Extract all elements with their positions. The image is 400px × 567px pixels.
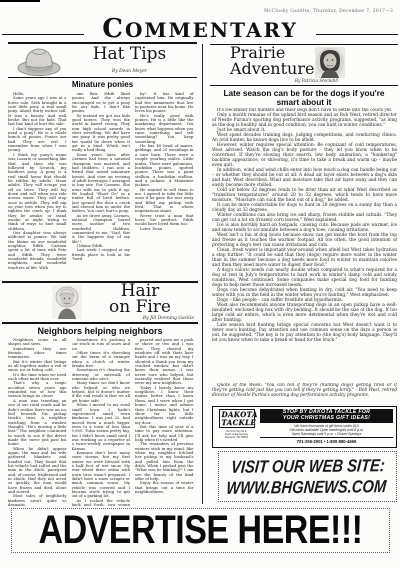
cowboy-hat-photo — [16, 45, 62, 77]
hair-on-fire-title: Hair on Fire — [85, 283, 195, 315]
horizontal-rule — [8, 77, 197, 78]
advertise-here-text: ADVERTISE HERE!!! — [39, 507, 363, 553]
dakota-tackle-logo: DAKOTA TACKLE — [219, 409, 255, 428]
logo-line2: TACKLE — [222, 419, 252, 427]
hair-on-fire-column-3: peared and gave me a push or shove or tw… — [135, 338, 194, 506]
website-ad[interactable]: VISIT OUR WEB SITE: WWW.BHGNEWS.COM — [218, 451, 397, 502]
hair-on-fire-title-line2: on Fire — [109, 297, 171, 317]
hat-tips-subhead: Minature ponies — [8, 80, 197, 89]
hat-tips-column-3: by". It has kind of captivated him. He o… — [135, 92, 194, 278]
newspaper-page: McClusky Gazette, Thursday, December 7, … — [0, 0, 400, 567]
jill-denning-gackle-photo — [52, 285, 82, 319]
horizontal-rule — [2, 34, 84, 35]
prairie-body: It's December but hunters and their dogs… — [212, 108, 397, 381]
hair-on-fire-column-1: Neighbors come in all shapes and sizes.S… — [8, 338, 67, 506]
dakota-tackle-logo-block: DAKOTA TACKLE 3rd St & Hwy 83 S.South of… — [213, 407, 259, 447]
section-title: COMMENTARY — [0, 14, 400, 44]
hair-on-fire-subhead: Neighbors helping neighbors — [4, 326, 196, 336]
dakota-tackle-details: We have thousands of gift items under $1… — [260, 424, 393, 436]
scan-edge-artifact — [0, 0, 40, 2]
hat-tips-byline: By Dean Meyer — [62, 69, 197, 74]
horizontal-rule — [2, 322, 198, 324]
hat-tips-column-2: one flaw. Edith liked ponies. And she al… — [72, 92, 131, 278]
prairie-quote-of-week: Quote of the Week: "You can tell if they… — [212, 383, 397, 404]
horizontal-rule — [316, 34, 398, 35]
hair-on-fire-byline: By Jill Denning Gackle — [60, 316, 194, 321]
advertise-here-ad[interactable]: ADVERTISE HERE!!! — [11, 508, 390, 553]
website-ad-url: WWW.BHGNEWS.COM — [226, 476, 388, 499]
website-ad-line1: VISIT OUR WEB SITE: — [228, 455, 390, 478]
dakota-tackle-ad[interactable]: DAKOTA TACKLE 3rd St & Hwy 83 S.South of… — [212, 406, 397, 448]
horizontal-rule — [210, 85, 398, 86]
dakota-tackle-address: 3rd St & Hwy 83 S.South of ExpresswayBis… — [217, 430, 257, 439]
dakota-tackle-phone: 701-255-2001 • 1-800-880-4665 — [260, 437, 393, 444]
hair-on-fire-column-2: Sometimes it's pushing a car stuck in ru… — [72, 338, 131, 506]
prairie-title-line2: Adventures — [230, 59, 323, 78]
prairie-headline: Late season can be for the dogs if you'r… — [222, 89, 386, 107]
column-divider-rule — [202, 44, 203, 504]
prairie-byline: By Patricia Stockdill — [226, 78, 338, 83]
dakota-tackle-banner: STOP BY DAKOTA TACKLE FOR YOUR CHRISTMAS… — [260, 409, 393, 423]
hat-tips-column-1: Hello,Some years ago I was at a horse sa… — [8, 92, 67, 278]
banner-line2: YOUR CHRISTMAS GIFT IDEAS! — [260, 416, 393, 422]
patricia-stockdill-photo — [315, 47, 345, 78]
hat-tips-title: Hat Tips — [62, 44, 197, 64]
